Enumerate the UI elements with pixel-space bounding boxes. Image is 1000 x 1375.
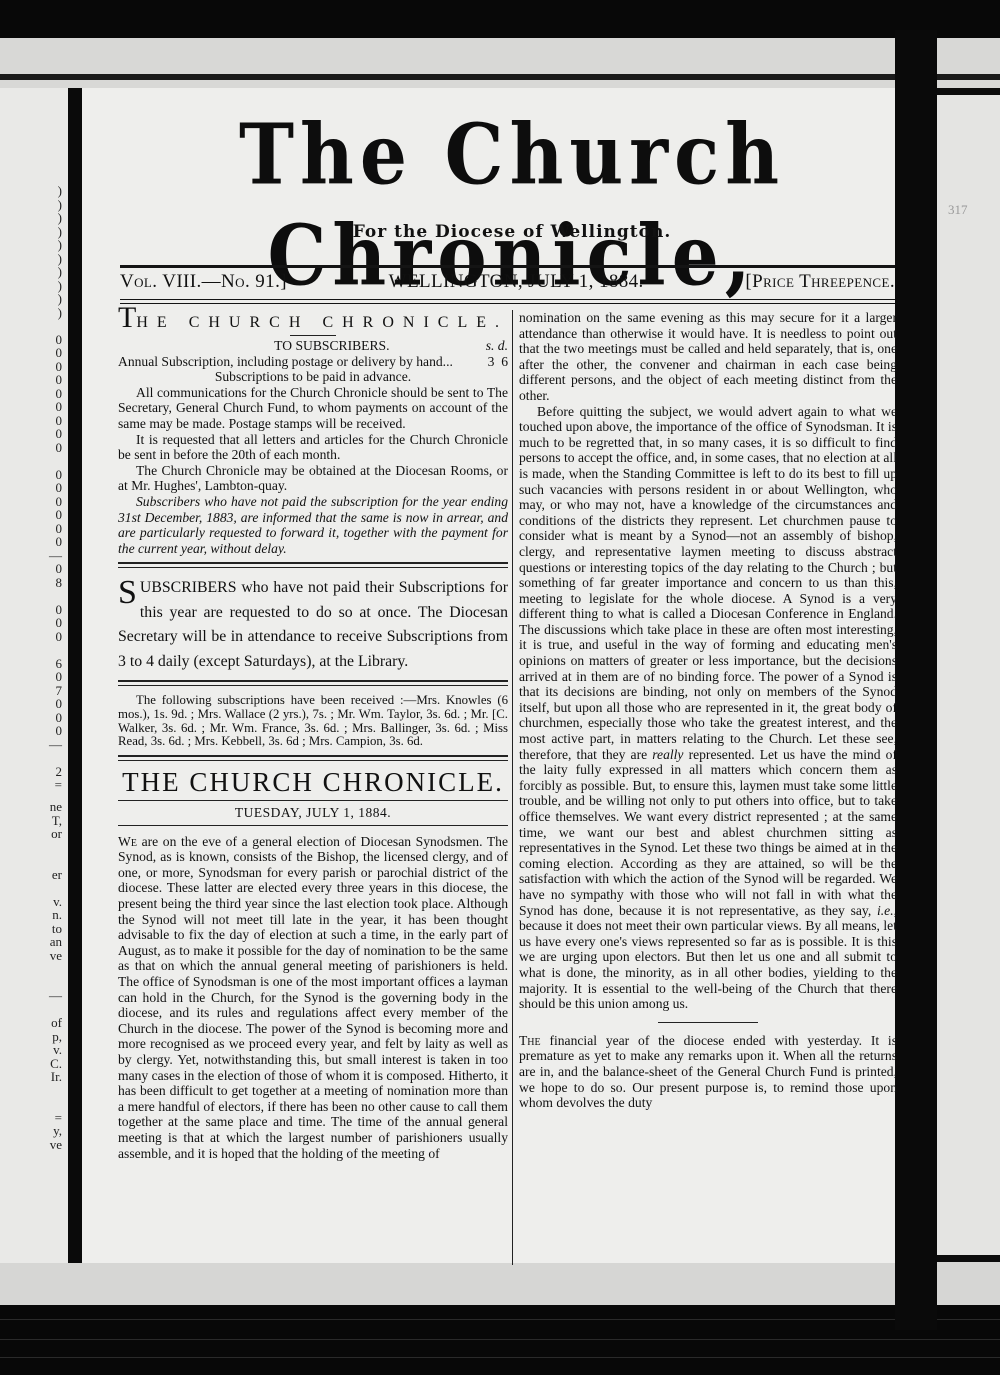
short-rule — [290, 335, 336, 336]
editorial-title: THE CHURCH CHRONICLE. — [118, 767, 508, 801]
next-page-fragment — [937, 95, 1000, 1255]
heading-word: CHURCH — [189, 314, 310, 332]
subscribers-subheading-row: TO SUBSCRIBERS. s. d. — [118, 338, 508, 354]
section-rule — [118, 755, 508, 761]
communications-note: All communications for the Church Chroni… — [118, 385, 508, 432]
subscribers-lead: UBSCRIBERS — [140, 579, 237, 596]
drop-cap-t: T — [118, 301, 136, 334]
heading-word: HE — [136, 314, 175, 331]
editorial-body: We are on the eve of a general election … — [118, 834, 508, 1161]
binding-gutter — [68, 88, 82, 1263]
dateline: Vol. VIII.—No. 91.] WELLINGTON, JULY 1, … — [120, 270, 895, 294]
scan-bottom-border — [0, 1305, 1000, 1375]
right-binding-gutter — [895, 30, 937, 1330]
editorial-continuation: nomination on the same evening as this m… — [519, 310, 897, 404]
financial-lead: The — [519, 1033, 541, 1048]
previous-page-words: ne T, or er v. n. to an ve — of p, v. C.… — [49, 800, 62, 1151]
subscription-notice-box: THE CHURCH CHRONICLE. TO SUBSCRIBERS. s.… — [118, 310, 508, 556]
place-date: WELLINGTON, JULY 1, 1884. — [389, 271, 644, 293]
advance-note: Subscriptions to be paid in advance. — [118, 369, 508, 385]
heading-word: CHRONICLE. — [322, 314, 508, 332]
left-column: THE CHURCH CHRONICLE. TO SUBSCRIBERS. s.… — [118, 310, 508, 1161]
arrears-note: Subscribers who have not paid the subscr… — [118, 494, 508, 556]
volume-number: Vol. VIII.—No. 91.] — [120, 271, 287, 293]
short-rule — [658, 1022, 758, 1023]
editorial-lead: We — [118, 834, 137, 849]
to-subscribers-heading: TO SUBSCRIBERS. — [274, 338, 389, 354]
price: [Price Threepence. — [745, 271, 895, 293]
newspaper-page: 317 The Church Chronicle, For the Dioces… — [82, 88, 895, 1263]
column-divider — [512, 310, 513, 1265]
scan-bottom-edge — [0, 1262, 1000, 1307]
notice-heading: THE CHURCH CHRONICLE. — [118, 310, 508, 332]
editorial-paragraph-2: Before quitting the subject, we would ad… — [519, 404, 897, 1012]
annual-subscription-row: Annual Subscription, including postage o… — [118, 354, 508, 370]
financial-text: financial year of the diocese ended with… — [519, 1033, 897, 1110]
masthead-rule-top — [120, 265, 895, 268]
subscribers-notice: SUBSCRIBERS who have not paid their Subs… — [118, 576, 508, 674]
previous-page-fragment: ) ) ) ) ) ) ) ) ) ) 0 0 0 0 0 0 0 0 0 0 … — [0, 88, 68, 1263]
paragraph-text: , because it does not meet their own par… — [519, 903, 897, 1012]
letters-note: It is requested that all letters and art… — [118, 432, 508, 463]
scan-top-border — [0, 0, 1000, 38]
paragraph-text: represented. Let us have the mind of the… — [519, 747, 897, 918]
shillings-pence-label: s. d. — [486, 338, 508, 354]
annual-subscription-label: Annual Subscription, including postage o… — [118, 354, 453, 370]
drop-cap-s: S — [118, 578, 137, 608]
scan-top-edge — [0, 38, 1000, 88]
editorial-text: are on the eve of a general election of … — [118, 834, 508, 1161]
financial-year-article: The financial year of the diocese ended … — [519, 1033, 897, 1111]
annual-subscription-price: 3 6 — [488, 354, 508, 370]
previous-page-digits: ) ) ) ) ) ) ) ) ) ) 0 0 0 0 0 0 0 0 0 0 … — [49, 184, 62, 792]
right-column: nomination on the same evening as this m… — [519, 310, 897, 1111]
obtain-note: The Church Chronicle may be obtained at … — [118, 463, 508, 494]
section-rule — [118, 562, 508, 568]
emphasis: really — [652, 747, 683, 762]
emphasis: i.e. — [877, 903, 894, 918]
section-rule — [118, 680, 508, 686]
dateline-rule-2 — [120, 303, 895, 304]
masthead-subtitle: For the Diocese of Wellington. — [142, 222, 882, 242]
page-number: 317 — [948, 202, 968, 218]
dateline-rule-1 — [120, 299, 895, 300]
paragraph-text: Before quitting the subject, we would ad… — [519, 404, 897, 762]
editorial-date: TUESDAY, JULY 1, 1884. — [118, 801, 508, 826]
subscriptions-received: The following subscriptions have been re… — [118, 694, 508, 748]
